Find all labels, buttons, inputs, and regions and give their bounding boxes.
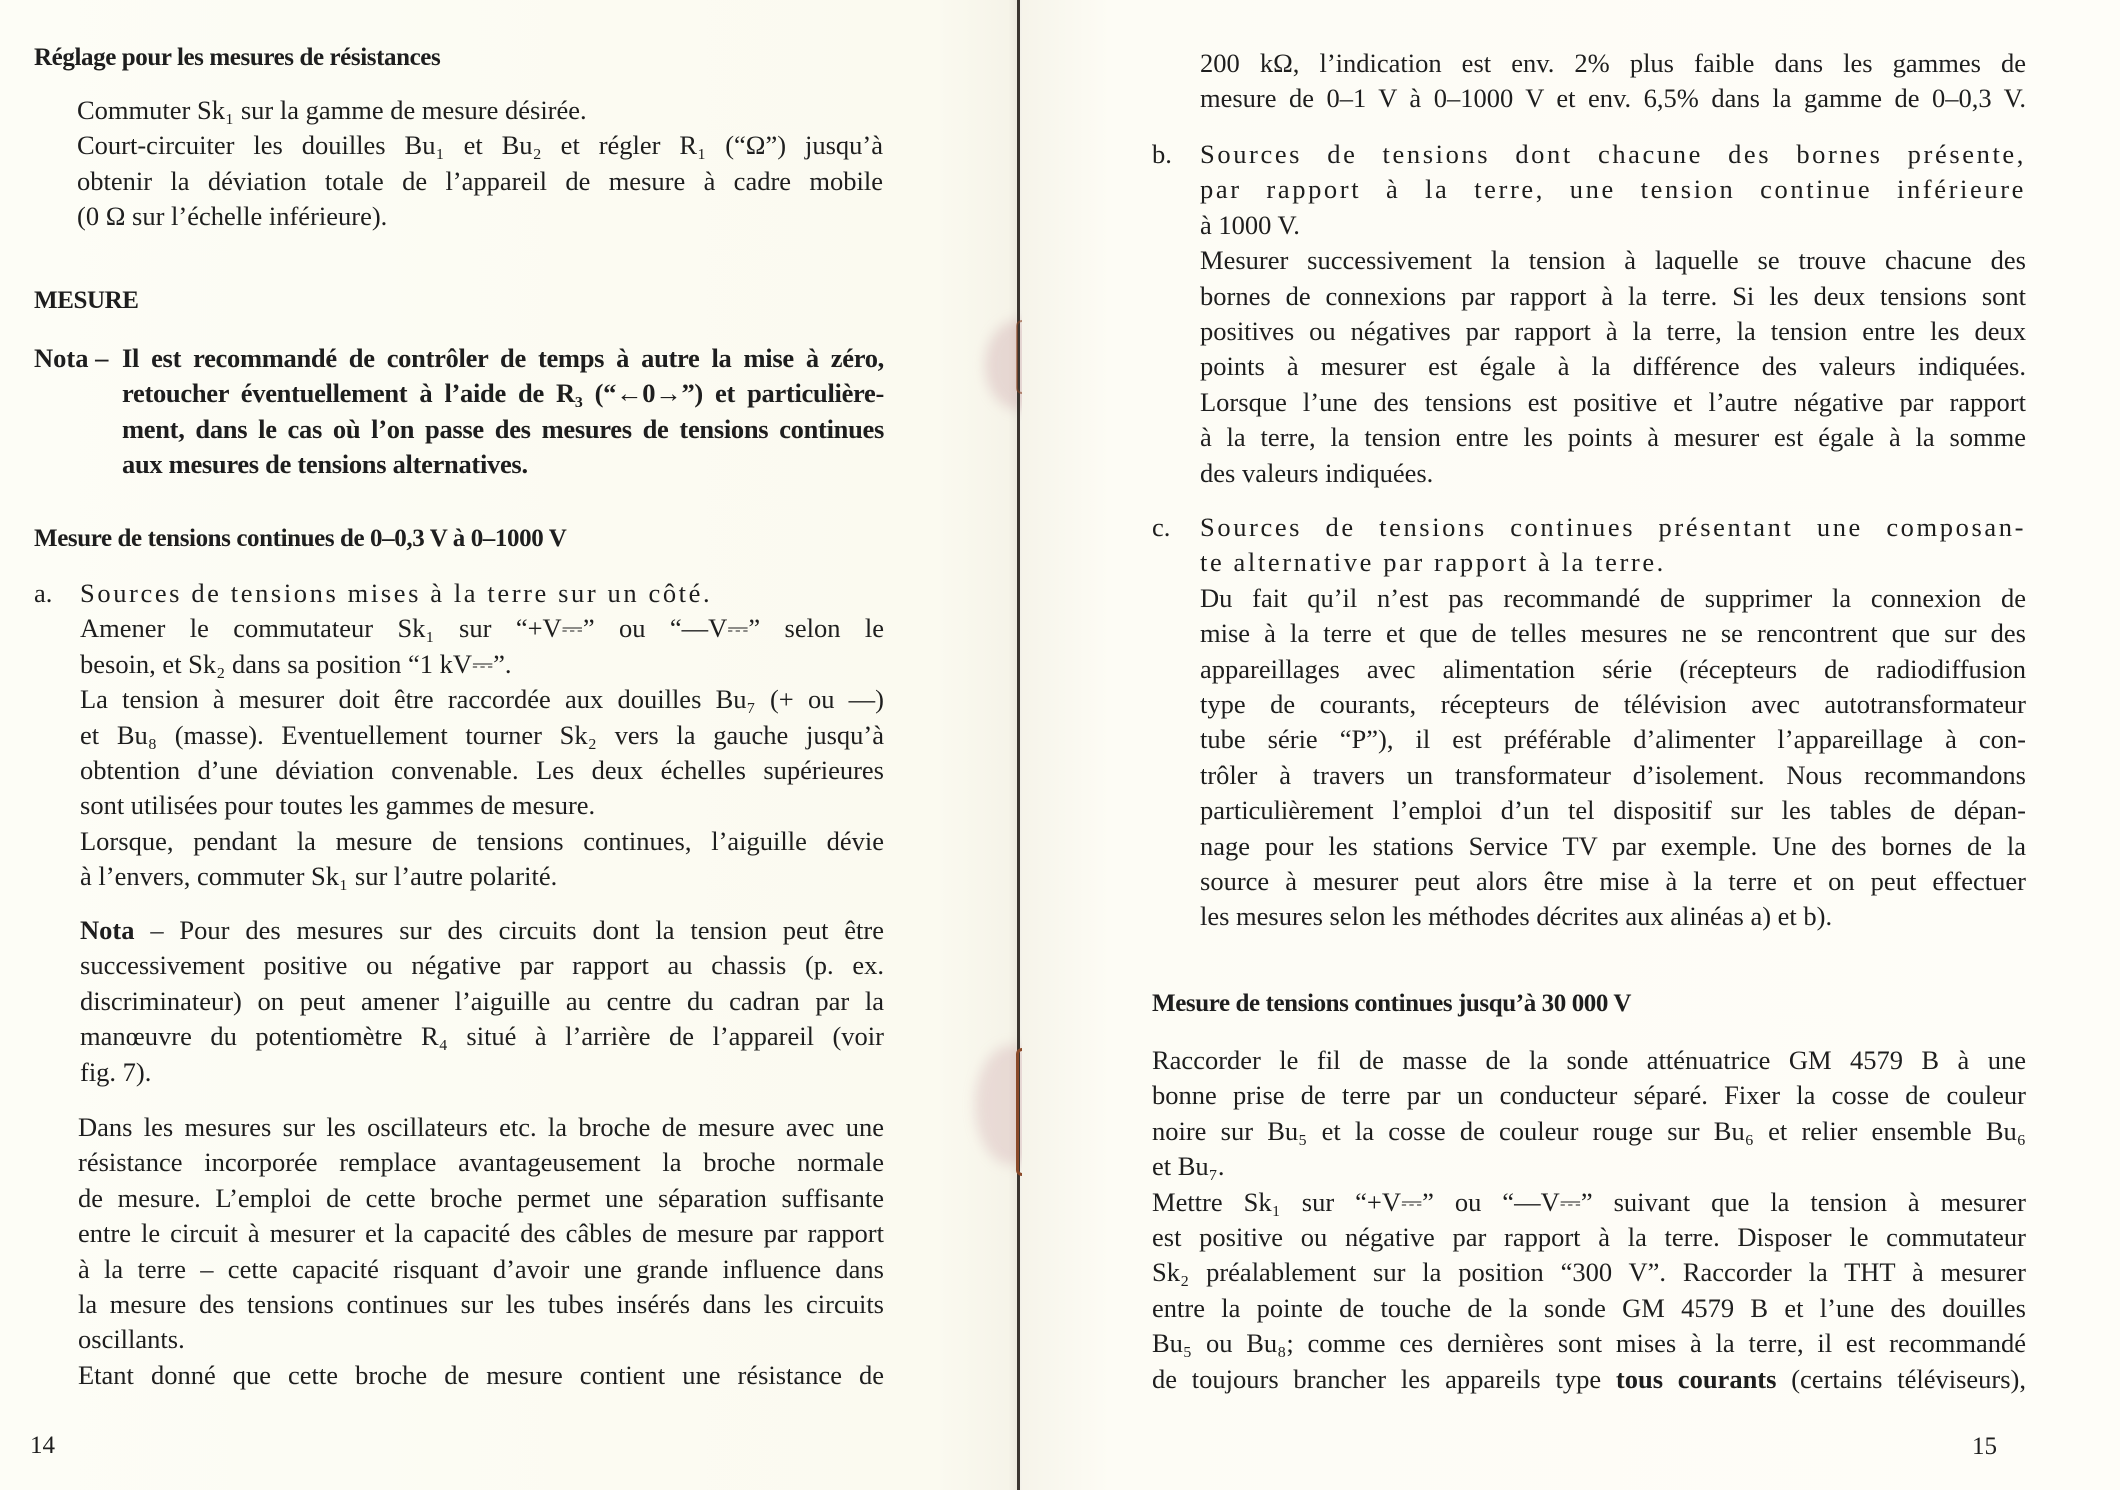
book-spine: [1017, 0, 1020, 1490]
text-line: la mesure des tensions continues sur les…: [78, 1287, 884, 1322]
text-line: particulièrement l’emploi d’un tel dispo…: [1200, 793, 2026, 828]
item-b-title: par rapport à la terre, une tension cont…: [1200, 172, 2026, 207]
heading-resistance: Réglage pour les mesures de résistances: [34, 44, 440, 72]
text-line: Lorsque, pendant la mesure de tensions c…: [80, 824, 884, 859]
item-a-title: Sources de tensions mises à la terre sur…: [80, 576, 884, 611]
text-line: aux mesures de tensions alternatives.: [122, 447, 884, 482]
text-line: des valeurs indiquées.: [1200, 456, 2026, 491]
heading-30kv: Mesure de tensions continues jusqu’à 30 …: [1152, 990, 1631, 1018]
text-line: successivement positive ou négative par …: [80, 948, 884, 983]
nota-label: Nota –: [34, 341, 108, 376]
text-line: Amener le commutateur Sk₁ sur “+V⎓” ou “…: [80, 611, 884, 646]
text-line: Etant donné que cette broche de mesure c…: [78, 1358, 884, 1393]
text-line: Mettre Sk₁ sur “+V⎓” ou “—V⎓” suivant qu…: [1152, 1185, 2026, 1220]
heading-mesure: MESURE: [34, 287, 139, 315]
text-line: (0 Ω sur l’échelle inférieure).: [77, 199, 883, 234]
left-page: Réglage pour les mesures de résistances …: [0, 0, 1018, 1490]
text-line: La tension à mesurer doit être raccordée…: [80, 682, 884, 717]
page-number-left: 14: [30, 1432, 55, 1460]
text-line: Il est recommandé de contrôler de temps …: [122, 341, 884, 376]
item-b-title: Sources de tensions dont chacune des bor…: [1200, 137, 2026, 172]
text-line: Sk₂ préalablement sur la position “300 V…: [1152, 1255, 2026, 1290]
text-line: résistance incorporée remplace avantageu…: [78, 1145, 884, 1180]
text-line: appareillages avec alimentation série (r…: [1200, 652, 2026, 687]
nota2-label: Nota: [80, 915, 134, 945]
text-line: 200 kΩ, l’indication est env. 2% plus fa…: [1200, 46, 2026, 81]
page-number-right: 15: [1972, 1433, 1997, 1461]
oscillator-paragraph: Dans les mesures sur les oscillateurs et…: [78, 1110, 884, 1393]
text-line: bonne prise de terre par un conducteur s…: [1152, 1078, 2026, 1113]
text-line: à l’envers, commuter Sk₁ sur l’autre pol…: [80, 859, 884, 894]
text-line: obtenir la déviation totale de l’apparei…: [77, 164, 883, 199]
item-c-paragraph: Sources de tensions continues présentant…: [1200, 510, 2026, 935]
text-line: positives ou négatives par rapport à la …: [1200, 314, 2026, 349]
text-line: les mesures selon les méthodes décrites …: [1200, 899, 2026, 934]
text-line: besoin, et Sk₂ dans sa position “1 kV⎓”.: [80, 647, 884, 682]
text-line: discriminateur) on peut amener l’aiguill…: [80, 984, 884, 1019]
item-b-label: b.: [1152, 137, 1172, 172]
text-line: mesure de 0–1 V à 0–1000 V et env. 6,5% …: [1200, 81, 2026, 116]
text-line: Mesurer successivement la tension à laqu…: [1200, 243, 2026, 278]
30kv-paragraph: Raccorder le fil de masse de la sonde at…: [1152, 1043, 2026, 1397]
text-line: points à mesurer est égale à la différen…: [1200, 349, 2026, 384]
right-page: 200 kΩ, l’indication est env. 2% plus fa…: [1022, 0, 2120, 1490]
text-line: Nota – Pour des mesures sur des circuits…: [80, 913, 884, 948]
resistance-paragraph: Commuter Sk₁ sur la gamme de mesure dési…: [77, 93, 883, 235]
item-a-paragraph: Sources de tensions mises à la terre sur…: [80, 576, 884, 895]
continuation-paragraph: 200 kΩ, l’indication est env. 2% plus fa…: [1200, 46, 2026, 117]
nota-paragraph: Il est recommandé de contrôler de temps …: [122, 341, 884, 483]
item-b-paragraph: Sources de tensions dont chacune des bor…: [1200, 137, 2026, 491]
text-line: Dans les mesures sur les oscillateurs et…: [78, 1110, 884, 1145]
text-line: retoucher éventuellement à l’aide de R₃ …: [122, 376, 884, 411]
item-c-label: c.: [1152, 510, 1170, 545]
item-b-title: à 1000 V.: [1200, 208, 2026, 243]
text-line: Lorsque l’une des tensions est positive …: [1200, 385, 2026, 420]
text-line: de toujours brancher les appareils type …: [1152, 1362, 2026, 1397]
text-line: à la terre, la tension entre les points …: [1200, 420, 2026, 455]
text-line: sont utilisées pour toutes les gammes de…: [80, 788, 884, 823]
text-line: nage pour les stations Service TV par ex…: [1200, 829, 2026, 864]
text-line: fig. 7).: [80, 1055, 884, 1090]
text-line: ment, dans le cas où l’on passe des mesu…: [122, 412, 884, 447]
nota2-paragraph: Nota – Pour des mesures sur des circuits…: [80, 913, 884, 1090]
text-line: Bu₅ ou Bu₈; comme ces dernières sont mis…: [1152, 1326, 2026, 1361]
text-line: mise à la terre et que de telles mesures…: [1200, 616, 2026, 651]
text-line: noire sur Bu₅ et la cosse de couleur rou…: [1152, 1114, 2026, 1149]
item-c-title: te alternative par rapport à la terre.: [1200, 545, 2026, 580]
text-line: oscillants.: [78, 1322, 884, 1357]
item-a-label: a.: [34, 576, 52, 611]
bold-term-tous-courants: tous courants: [1616, 1364, 1777, 1394]
text-line: entre le circuit à mesurer et la capacit…: [78, 1216, 884, 1251]
item-c-title: Sources de tensions continues présentant…: [1200, 510, 2026, 545]
text-line: est positive ou négative par rapport à l…: [1152, 1220, 2026, 1255]
text-line: trôler à travers un transformateur d’iso…: [1200, 758, 2026, 793]
text-line: et Bu₈ (masse). Eventuellement tourner S…: [80, 718, 884, 753]
text-line: Court-circuiter les douilles Bu₁ et Bu₂ …: [77, 128, 883, 163]
text-line: à la terre – cette capacité risquant d’a…: [78, 1252, 884, 1287]
text-line: entre la pointe de touche de la sonde GM…: [1152, 1291, 2026, 1326]
text-line: et Bu₇.: [1152, 1149, 2026, 1184]
text-line: bornes de connexions par rapport à la te…: [1200, 279, 2026, 314]
text-line: type de courants, récepteurs de télévisi…: [1200, 687, 2026, 722]
text-line: source à mesurer peut alors être mise à …: [1200, 864, 2026, 899]
text-line: de mesure. L’emploi de cette broche perm…: [78, 1181, 884, 1216]
text-line: manœuvre du potentiomètre R₄ situé à l’a…: [80, 1019, 884, 1054]
text-line: obtention d’une déviation convenable. Le…: [80, 753, 884, 788]
text-line: Raccorder le fil de masse de la sonde at…: [1152, 1043, 2026, 1078]
text-line: Commuter Sk₁ sur la gamme de mesure dési…: [77, 93, 883, 128]
text-line: tube série “P”), il est préférable d’ali…: [1200, 722, 2026, 757]
text-line: Du fait qu’il n’est pas recommandé de su…: [1200, 581, 2026, 616]
heading-dc-voltage: Mesure de tensions continues de 0–0,3 V …: [34, 525, 566, 553]
